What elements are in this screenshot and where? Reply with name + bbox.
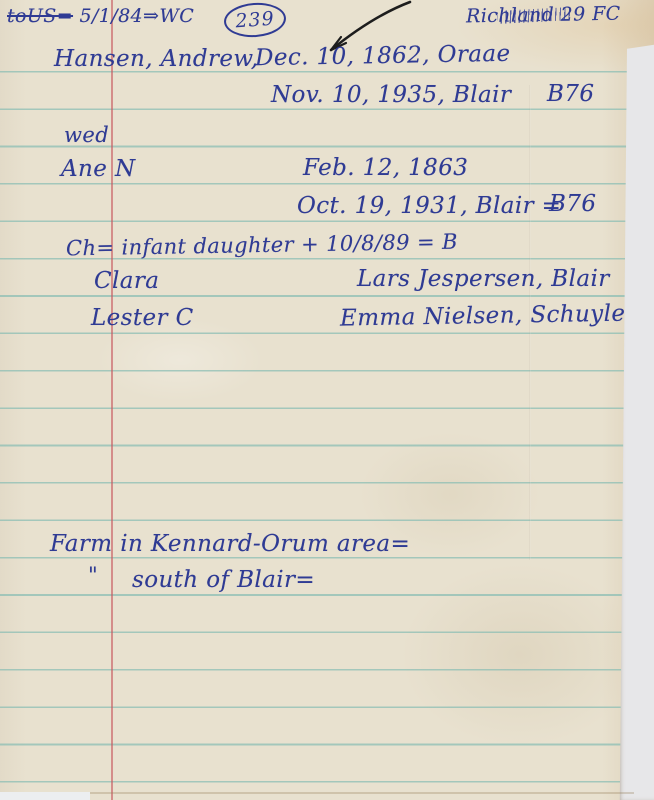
death-reference: B76 <box>547 81 594 107</box>
farm-note: Farm in Kennard-Orum area= <box>50 531 410 557</box>
spouse-death-date-place: Oct. 19, 1931, Blair = <box>297 193 561 219</box>
immigration-note-struck-part: toUS= <box>7 5 73 27</box>
child-spouse: Emma Nielsen, Schuyler <box>340 300 637 331</box>
scanner-bottom-notch <box>0 792 90 800</box>
spouse-birth-date: Feb. 12, 1863 <box>303 155 468 181</box>
red-margin-line <box>111 0 113 800</box>
child-spouse: Lars Jespersen, Blair <box>357 266 610 292</box>
person-name: Hansen, Andrew, <box>54 46 258 72</box>
wed-label: wed <box>64 123 109 147</box>
farm-note-continued: south of Blair= <box>132 567 315 593</box>
ditto-mark: " <box>88 563 98 587</box>
death-date-place: Nov. 10, 1935, Blair <box>271 82 511 108</box>
child-name: Clara <box>94 268 159 294</box>
page-bottom-shadow <box>0 792 634 794</box>
child-name: Lester C <box>91 305 194 331</box>
spouse-death-reference: B76 <box>549 191 596 217</box>
immigration-note: toUS= 5/1/84⇒WC <box>7 5 194 27</box>
birth-date-place: Dec. 10, 1862, Oraae <box>255 41 511 71</box>
spouse-name: Ane N <box>61 156 135 182</box>
immigration-note-date: 5/1/84⇒WC <box>79 5 194 27</box>
notebook-page <box>0 0 654 800</box>
page-number: 239 <box>235 8 276 33</box>
